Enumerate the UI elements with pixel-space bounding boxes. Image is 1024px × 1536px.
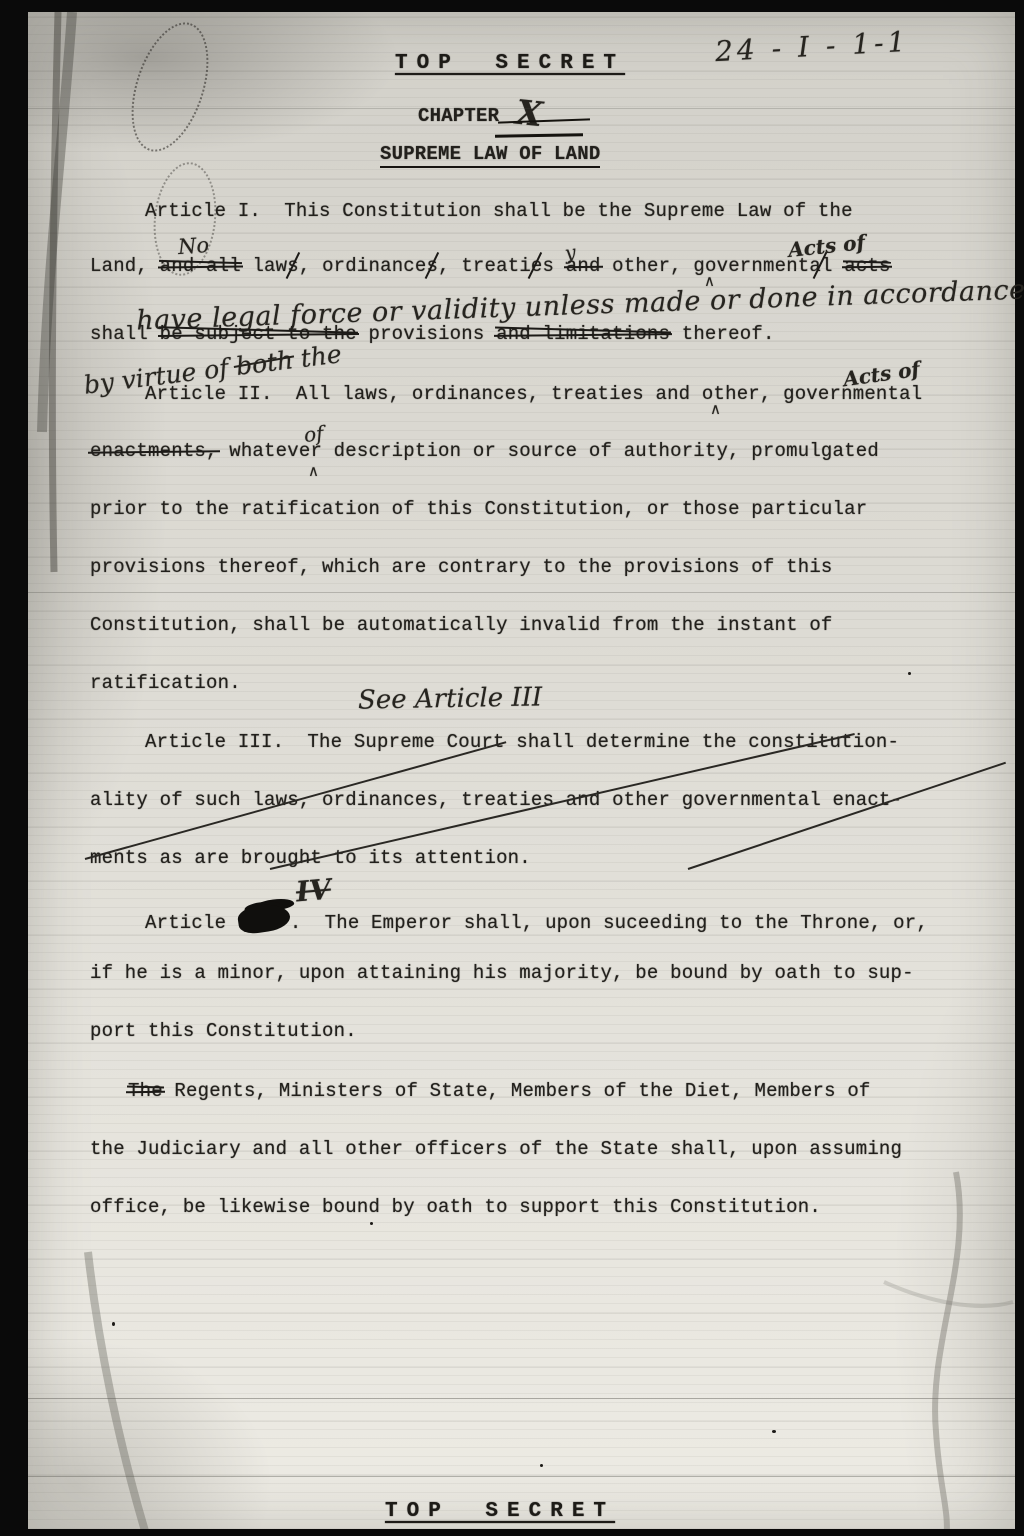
- article-4-line-1: Article . The Emperor shall, upon suceed…: [145, 905, 928, 934]
- article-5-line-3: office, be likewise bound by oath to sup…: [90, 1196, 821, 1218]
- typed-text: , ordinance: [299, 255, 427, 277]
- article-1-line-1: Article I. This Constitution shall be th…: [145, 200, 853, 222]
- typed-text: Land,: [90, 255, 160, 277]
- handwritten-text: the: [291, 339, 343, 374]
- typed-text: Article II. All laws, ordinances, treati…: [145, 383, 772, 405]
- ink-blot: [236, 902, 291, 936]
- struck-text: acts: [844, 255, 890, 277]
- strike-line-3: [688, 762, 1006, 870]
- caret-mark-2: ∧: [710, 400, 721, 418]
- struck-text: and limitations: [496, 323, 670, 345]
- article-1-line-2: Land, and all laws, ordinances, treaties…: [90, 255, 891, 277]
- article-2-line-3: prior to the ratification of this Consti…: [90, 498, 867, 520]
- page-title: SUPREME LAW OF LAND: [380, 143, 600, 168]
- struck-text: The: [128, 1080, 163, 1102]
- handwritten-see-article: See Article III: [358, 682, 543, 715]
- article-2-line-5: Constitution, shall be automatically inv…: [90, 614, 833, 636]
- classification-banner-bottom: TOP SECRET: [385, 1500, 615, 1523]
- ink-speck: [908, 672, 911, 675]
- caret-mark-3: ∧: [308, 462, 319, 480]
- article-3-line-2: ality of such laws, ordinances, treaties…: [90, 789, 902, 811]
- typed-text: law: [241, 255, 287, 277]
- ink-speck: [772, 1430, 776, 1433]
- typed-text: shall: [90, 323, 160, 345]
- document-number-handwritten: 24 - I - 1-1: [714, 25, 910, 68]
- article-1-line-3: shall be subject to the provisions and l…: [90, 323, 775, 345]
- scanned-document-page: { "banner": {"top": "TOP SECRET", "botto…: [0, 0, 1024, 1536]
- typed-text: Regents, Ministers of State, Members of …: [163, 1080, 871, 1102]
- handwritten-struck-text: both: [234, 345, 294, 381]
- classification-banner-top: TOP SECRET: [395, 52, 625, 75]
- typed-text: Article: [145, 912, 238, 934]
- typed-text: provisions: [357, 323, 496, 345]
- typed-text: , treat: [438, 255, 519, 277]
- scan-line: [28, 1476, 1015, 1477]
- typed-text: other,: [601, 255, 682, 277]
- pencil-loop-mark: [117, 13, 223, 161]
- handwritten-treaty-mark: y: [564, 241, 578, 264]
- typed-text: . The Emperor shall, upon suceeding to t…: [290, 912, 928, 934]
- scan-line: [28, 592, 1015, 593]
- paper: TOP SECRET 24 - I - 1-1 CHAPTER X SUPREM…: [28, 12, 1015, 1529]
- slashed-letter: s: [427, 255, 439, 277]
- typed-text: thereof.: [670, 323, 774, 345]
- struck-text: enactments,: [90, 440, 218, 462]
- article-4-line-2: if he is a minor, upon attaining his maj…: [90, 962, 914, 984]
- ink-speck: [112, 1322, 115, 1326]
- article-5-line-2: the Judiciary and all other officers of …: [90, 1138, 902, 1160]
- article-2-line-2: enactments, whatever description or sour…: [90, 440, 879, 462]
- chapter-numeral-handwritten: X: [514, 93, 544, 136]
- ink-speck: [370, 1222, 373, 1225]
- ink-speck: [540, 1464, 543, 1467]
- typed-text: governmental: [772, 383, 923, 405]
- chapter-numeral-strike: [498, 118, 590, 123]
- article-2-line-4: provisions thereof, which are contrary t…: [90, 556, 833, 578]
- slashed-letters: ies: [519, 255, 554, 277]
- article-2-line-6: ratification.: [90, 672, 241, 694]
- handwritten-article-4-numeral: IV: [295, 873, 333, 909]
- article-4-line-3: port this Constitution.: [90, 1020, 357, 1042]
- article-2-line-1: Article II. All laws, ordinances, treati…: [145, 383, 922, 405]
- scan-line: [28, 1398, 1015, 1399]
- article-5-line-1: The Regents, Ministers of State, Members…: [128, 1080, 871, 1102]
- slashed-letter: s: [287, 255, 299, 277]
- typed-text: whatever description or source of author…: [218, 440, 879, 462]
